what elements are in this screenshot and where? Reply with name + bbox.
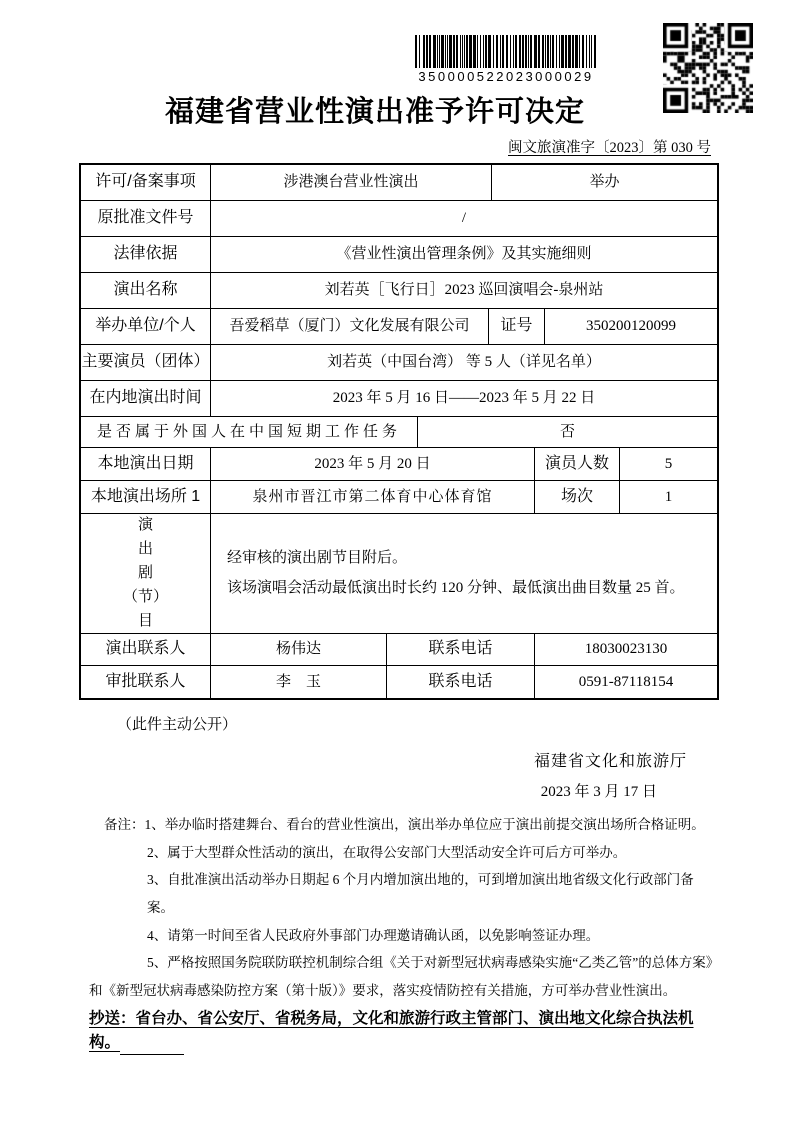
table-row-local-date: 本地演出日期 2023 年 5 月 20 日 演员人数 5 (81, 448, 717, 481)
row-value: 2023 年 5 月 20 日 (211, 448, 535, 481)
disclosure-note: （此件主动公开） (79, 713, 715, 734)
remark-item: 3、自批准演出活动举办日期起 6 个月内增加演出地的，可到增加演出地省级文化行政… (147, 866, 717, 921)
table-row-mainland-time: 在内地演出时间 2023 年 5 月 16 日——2023 年 5 月 22 日 (81, 381, 717, 417)
remarks-section: 备注：1、举办临时搭建舞台、看台的营业性演出，演出举办单位应于演出前提交演出场所… (89, 811, 717, 1005)
permit-document-page: 350000522023000029 福建省营业性演出准予许可决定 闽文旅演准字… (0, 0, 793, 1122)
remark-item: 2、属于大型群众性活动的演出，在取得公安部门大型活动安全许可后方可举办。 (147, 839, 717, 867)
row-label: 审批联系人 (81, 666, 211, 698)
issue-date: 2023 年 3 月 17 日 (79, 780, 715, 801)
table-row-performers: 主要演员（团体） 刘若英（中国台湾） 等 5 人（详见名单） (81, 345, 717, 381)
program-content: 经审核的演出剧节目附后。 该场演唱会活动最低演出时长约 120 分钟、最低演出曲… (211, 514, 717, 634)
row-label: 法律依据 (81, 237, 211, 273)
remark-item: 5、严格按照国务院联防联控机制综合组《关于对新型冠状病毒感染实施“乙类乙管”的总… (89, 949, 717, 1004)
phone-label: 联系电话 (387, 634, 535, 666)
remark-item: 备注：1、举办临时搭建舞台、看台的营业性演出，演出举办单位应于演出前提交演出场所… (89, 811, 717, 839)
program-line-1: 经审核的演出剧节目附后。 (227, 543, 407, 573)
row-label: 在内地演出时间 (81, 381, 211, 417)
table-row-show-name: 演出名称 刘若英［飞行日］2023 巡回演唱会-泉州站 (81, 273, 717, 309)
table-row-local-venue: 本地演出场所 1 泉州市晋江市第二体育中心体育馆 场次 1 (81, 481, 717, 514)
row-value: 否 (418, 417, 717, 448)
issuing-agency: 福建省文化和旅游厅 (79, 748, 715, 771)
contact-phone: 18030023130 (535, 634, 717, 666)
cert-number: 350200120099 (545, 309, 717, 345)
table-row-short-term-work: 是否属于外国人在中国短期工作任务 否 (81, 417, 717, 448)
program-label: 演 出 剧 （节） 目 (81, 514, 211, 634)
contact-name: 杨伟达 (211, 634, 387, 666)
performer-count: 5 (620, 448, 717, 481)
table-row-permit-item: 许可/备案事项 涉港澳台营业性演出 举办 (81, 165, 717, 201)
row-label: 演出名称 (81, 273, 211, 309)
sessions-label: 场次 (535, 481, 620, 514)
row-label: 本地演出日期 (81, 448, 211, 481)
table-row-show-contact: 演出联系人 杨伟达 联系电话 18030023130 (81, 634, 717, 666)
row-value: 2023 年 5 月 16 日——2023 年 5 月 22 日 (211, 381, 717, 417)
row-value: / (211, 201, 717, 237)
table-row-original-doc: 原批准文件号 / (81, 201, 717, 237)
row-label: 是否属于外国人在中国短期工作任务 (81, 417, 418, 448)
row-value: 涉港澳台营业性演出 (211, 165, 492, 201)
document-number: 闽文旅演准字〔2023〕第 030 号 (79, 136, 715, 157)
row-label: 许可/备案事项 (81, 165, 211, 201)
cc-underline-extension (120, 1037, 184, 1055)
table-row-legal-basis: 法律依据 《营业性演出管理条例》及其实施细则 (81, 237, 717, 273)
table-row-program: 演 出 剧 （节） 目 经审核的演出剧节目附后。 该场演唱会活动最低演出时长约 … (81, 514, 717, 634)
permit-table: 许可/备案事项 涉港澳台营业性演出 举办 原批准文件号 / 法律依据 《营业性演… (79, 163, 719, 700)
sessions-count: 1 (620, 481, 717, 514)
venue-name: 泉州市晋江市第二体育中心体育馆 (211, 481, 535, 514)
row-value: 《营业性演出管理条例》及其实施细则 (211, 237, 717, 273)
remarks-label: 备注： (104, 817, 145, 832)
document-title: 福建省营业性演出准予许可决定 (57, 0, 693, 129)
row-value: 刘若英（中国台湾） 等 5 人（详见名单） (211, 345, 717, 381)
contact-name: 李 玉 (211, 666, 387, 698)
program-line-2: 该场演唱会活动最低演出时长约 120 分钟、最低演出曲目数量 25 首。 (227, 573, 685, 603)
organizer-name: 吾爱稻草（厦门）文化发展有限公司 (211, 309, 489, 345)
cert-label: 证号 (489, 309, 545, 345)
table-row-organizer: 举办单位/个人 吾爱稻草（厦门）文化发展有限公司 证号 350200120099 (81, 309, 717, 345)
row-label: 本地演出场所 1 (81, 481, 211, 514)
contact-phone: 0591-87118154 (535, 666, 717, 698)
row-label: 原批准文件号 (81, 201, 211, 237)
row-label: 举办单位/个人 (81, 309, 211, 345)
row-label: 主要演员（团体） (81, 345, 211, 381)
cc-line: 抄送：省台办、省公安厅、省税务局，文化和旅游行政主管部门、演出地文化综合执法机构… (89, 1007, 717, 1055)
row-label: 演出联系人 (81, 634, 211, 666)
row-value: 刘若英［飞行日］2023 巡回演唱会-泉州站 (211, 273, 717, 309)
remark-item: 4、请第一时间至省人民政府外事部门办理邀请确认函，以免影响签证办理。 (147, 922, 717, 950)
performer-count-label: 演员人数 (535, 448, 620, 481)
phone-label: 联系电话 (387, 666, 535, 698)
table-row-approve-contact: 审批联系人 李 玉 联系电话 0591-87118154 (81, 666, 717, 698)
permit-mode: 举办 (492, 165, 717, 201)
